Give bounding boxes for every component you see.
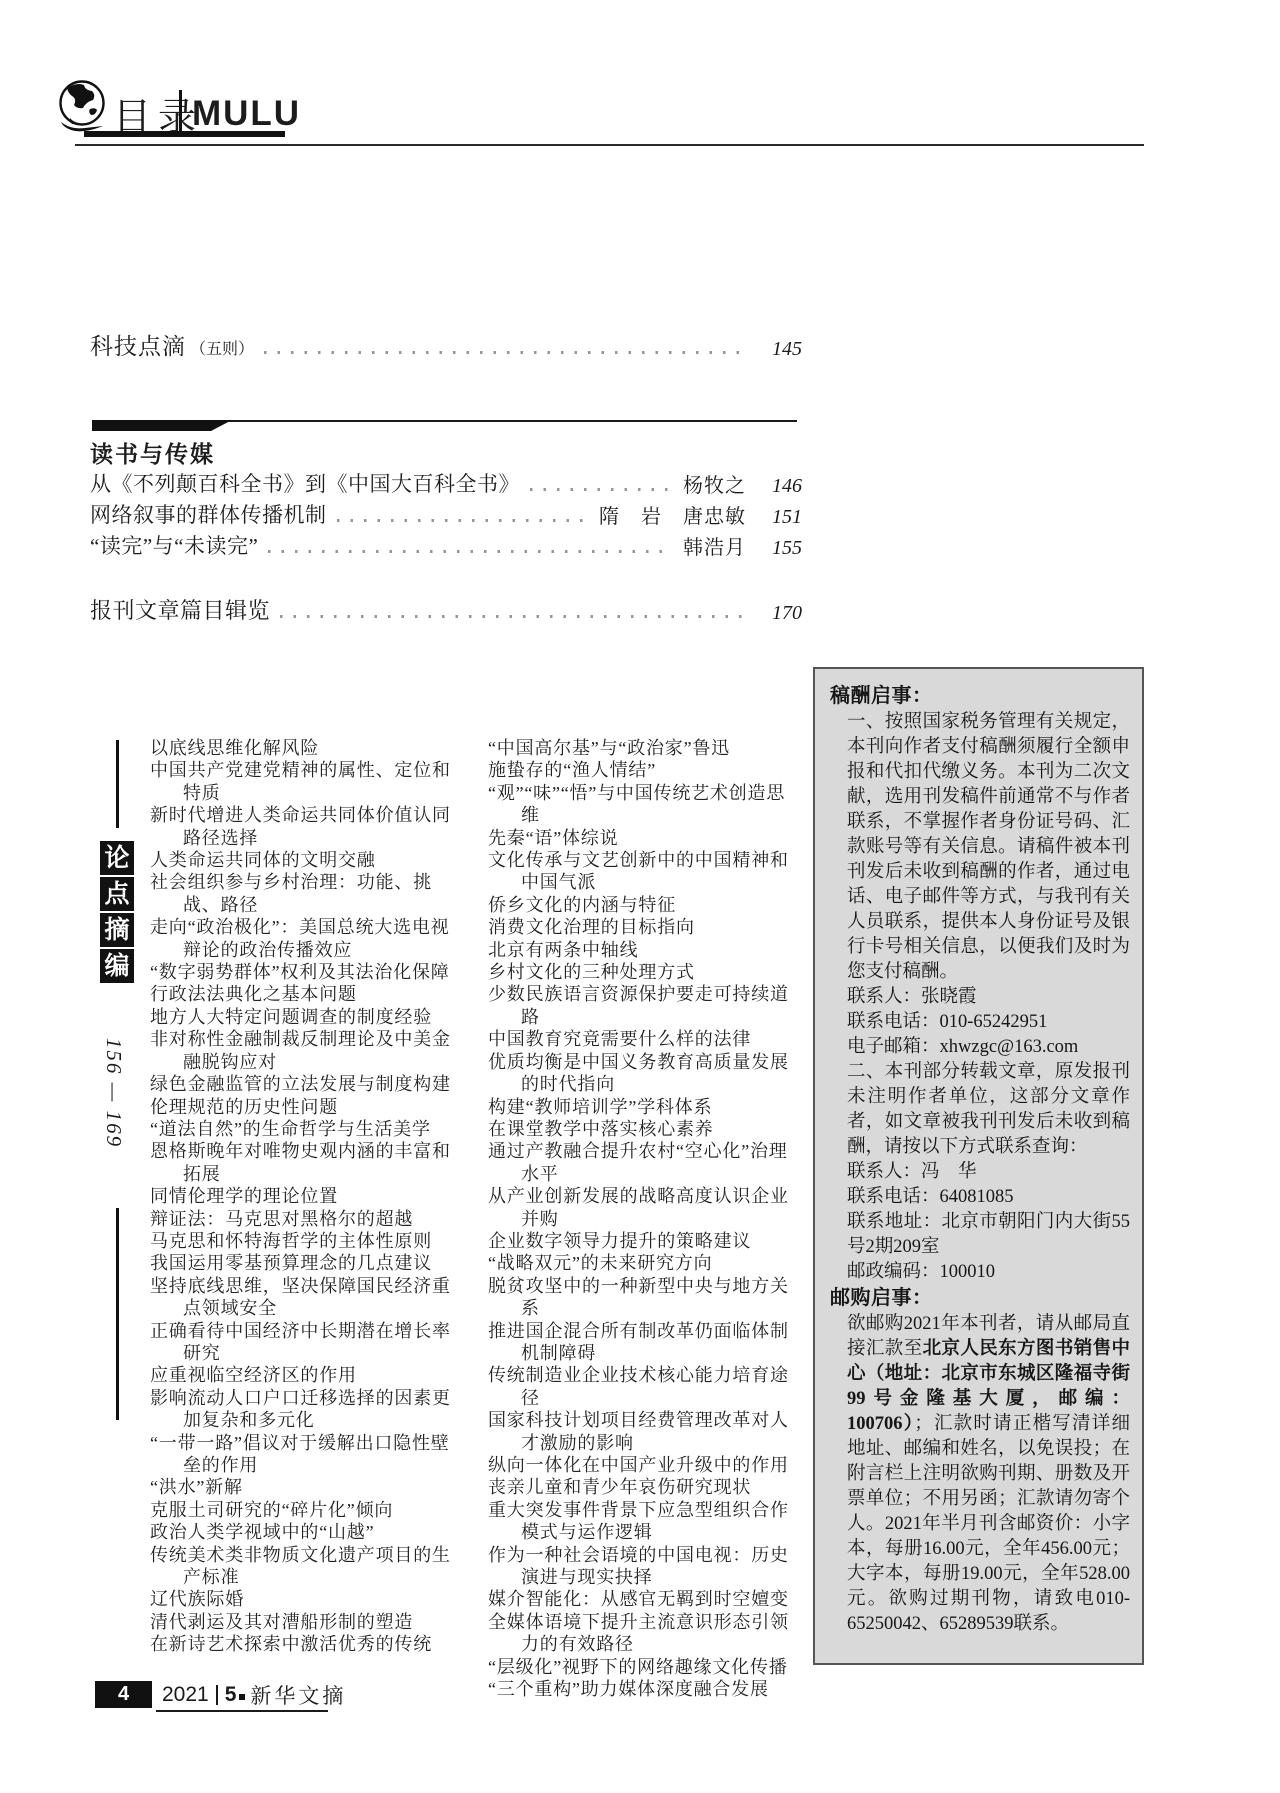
toc-row: 网络叙事的群体传播机制 隋 岩 唐忠敏 151	[90, 499, 802, 529]
contact1-tel: 联系电话：010-65242951	[847, 1010, 1130, 1035]
list-item: 中国教育究竟需要什么样的法律	[488, 1028, 802, 1050]
contact2-tel: 联系电话：64081085	[847, 1185, 1130, 1210]
sidebar-badge: 摘	[100, 913, 134, 947]
page-number: 170	[760, 602, 802, 625]
list-item: 企业数字领导力提升的策略建议	[488, 1230, 802, 1252]
dotted-leader	[280, 615, 750, 618]
toc-title: 报刊文章篇目辑览	[90, 594, 270, 625]
issue-separator-square	[239, 1694, 245, 1700]
toc-authors: 韩浩月	[683, 531, 746, 560]
list-item: “层级化”视野下的网络趣缘文化传播	[488, 1656, 802, 1678]
list-item: 在新诗艺术探索中激活优秀的传统	[150, 1633, 464, 1655]
dotted-leader	[264, 351, 750, 354]
list-item: 正确看待中国经济中长期潜在增长率研究	[150, 1320, 464, 1365]
header-rule	[75, 144, 1144, 146]
list-item: “一带一路”倡议对于缓解出口隐性壁垒的作用	[150, 1432, 464, 1477]
mail-order-title: 邮购启事：	[830, 1285, 1130, 1312]
list-item: 社会组织参与乡村治理：功能、挑战、路径	[150, 871, 464, 916]
toc-row: 从《不列颠百科全书》到《中国大百科全书》 杨牧之 146	[90, 468, 802, 498]
sidebar-top-line	[116, 740, 119, 828]
list-item: 以底线思维化解风险	[150, 737, 464, 759]
list-item: 脱贫攻坚中的一种新型中央与地方关系	[488, 1275, 802, 1320]
footer-divider	[216, 1685, 218, 1705]
dotted-leader	[337, 519, 590, 522]
list-item: 传统制造业企业技术核心能力培育途径	[488, 1364, 802, 1409]
list-item: “中国高尔基”与“政治家”鲁迅	[488, 737, 802, 759]
list-item: 影响流动人口户口迁移选择的因素更加复杂和多元化	[150, 1387, 464, 1432]
list-item: 侨乡文化的内涵与特征	[488, 894, 802, 916]
mail-order-text: ；汇款时请正楷写清详细地址、邮编和姓名，以免误投；在附言栏上注明欲购刊期、册数及…	[847, 1414, 1130, 1634]
list-item: 人类命运共同体的文明交融	[150, 849, 464, 871]
sidebar-bottom-line	[116, 1208, 119, 1420]
header-divider	[179, 90, 182, 136]
footer-magazine-name: 新华文摘	[250, 1680, 346, 1710]
header-title-en: MULU	[192, 94, 301, 134]
list-item: 辩证法：马克思对黑格尔的超越	[150, 1208, 464, 1230]
toc-row: “读完”与“未读完” 韩浩月 155	[90, 530, 802, 560]
toc-title: 从《不列颠百科全书》到《中国大百科全书》	[90, 468, 520, 498]
list-item: “数字弱势群体”权利及其法治化保障	[150, 961, 464, 983]
toc-authors: 杨牧之	[683, 469, 746, 498]
list-item: 清代剥运及其对漕船形制的塑造	[150, 1611, 464, 1633]
footer-issue: 5	[225, 1683, 237, 1707]
magazine-toc-page: 目录 MULU 科技点滴 （五则） 145 读书与传媒 从《不列颠百科全书》到《…	[0, 0, 1280, 1793]
contact1-email: 电子邮箱：xhwzgc@163.com	[847, 1035, 1130, 1060]
list-item: 丧亲儿童和青少年哀伤研究现状	[488, 1476, 802, 1498]
fee-paragraph-2: 二、本刊部分转载文章，原发报刊未注明作者单位，这部分文章作者，如文章被我刊刊发后…	[847, 1060, 1130, 1160]
list-item: 非对称性金融制裁反制理论及中美金融脱钩应对	[150, 1028, 464, 1073]
list-item: 恩格斯晚年对唯物史观内涵的丰富和拓展	[150, 1140, 464, 1185]
fee-paragraph-1: 一、按照国家税务管理有关规定，本刊向作者支付稿酬须履行全额申报和代扣代缴义务。本…	[847, 710, 1130, 985]
toc-row-digest: 报刊文章篇目辑览 170	[90, 594, 802, 625]
page-number: 155	[760, 537, 802, 560]
page-number: 145	[760, 338, 802, 361]
sidebar-page-range: 156 — 169	[100, 983, 126, 1203]
list-item: 马克思和怀特海哲学的主体性原则	[150, 1230, 464, 1252]
mail-order-body: 欲邮购2021年本刊者，请从邮局直接汇款至北京人民东方图书销售中心（地址：北京市…	[847, 1312, 1130, 1637]
list-item: 伦理规范的历史性问题	[150, 1096, 464, 1118]
list-item: 从产业创新发展的战略高度认识企业并购	[488, 1185, 802, 1230]
list-item: 全媒体语境下提升主流意识形态引领力的有效路径	[488, 1611, 802, 1656]
list-item: 媒介智能化：从感官无羁到时空嬗变	[488, 1588, 802, 1610]
section-wedge	[92, 420, 232, 431]
list-item: 消费文化治理的目标指向	[488, 916, 802, 938]
list-item: 推进国企混合所有制改革仍面临体制机制障碍	[488, 1320, 802, 1365]
list-item: 在课堂教学中落实核心素养	[488, 1118, 802, 1140]
list-item: 克服土司研究的“碎片化”倾向	[150, 1499, 464, 1521]
footer-underline	[156, 1710, 328, 1712]
contact2-addr: 联系地址：北京市朝阳门内大街55号2期209室	[847, 1210, 1130, 1260]
sidebar-badges: 论点摘编	[100, 841, 134, 985]
list-item: 同情伦理学的理论位置	[150, 1185, 464, 1207]
list-item: 绿色金融监管的立法发展与制度构建	[150, 1073, 464, 1095]
toc-row-tech: 科技点滴 （五则） 145	[90, 328, 802, 361]
list-item: 应重视临空经济区的作用	[150, 1364, 464, 1386]
column-2: “中国高尔基”与“政治家”鲁迅施蛰存的“渔人情结”“观”“味”“悟”与中国传统艺…	[488, 737, 802, 1700]
contact2-zip: 邮政编码：100010	[847, 1260, 1130, 1285]
footer: 2021 5 新华文摘	[162, 1681, 346, 1708]
sidebar-badge: 点	[100, 877, 134, 911]
list-item: 纵向一体化在中国产业升级中的作用	[488, 1454, 802, 1476]
list-item: 国家科技计划项目经费管理改革对人才激励的影响	[488, 1409, 802, 1454]
list-item: 我国运用零基预算理念的几点建议	[150, 1252, 464, 1274]
list-item: 少数民族语言资源保护要走可持续道路	[488, 983, 802, 1028]
list-item: “战略双元”的未来研究方向	[488, 1252, 802, 1274]
list-item: “洪水”新解	[150, 1476, 464, 1498]
list-item: 行政法法典化之基本问题	[150, 983, 464, 1005]
list-item: 中国共产党建党精神的属性、定位和特质	[150, 759, 464, 804]
fee-notice-title: 稿酬启事：	[830, 683, 1130, 710]
list-item: 作为一种社会语境的中国电视：历史演进与现实抉择	[488, 1544, 802, 1589]
footer-page-box: 4	[95, 1681, 152, 1708]
toc-subtitle: （五则）	[190, 336, 254, 361]
list-item: 地方人大特定问题调查的制度经验	[150, 1006, 464, 1028]
header-underline	[84, 131, 285, 137]
list-item: 新时代增进人类命运共同体价值认同路径选择	[150, 804, 464, 849]
column-1: 以底线思维化解风险中国共产党建党精神的属性、定位和特质新时代增进人类命运共同体价…	[150, 737, 464, 1656]
toc-authors: 隋 岩 唐忠敏	[599, 500, 746, 529]
list-item: 文化传承与文艺创新中的中国精神和中国气派	[488, 849, 802, 894]
list-item: 北京有两条中轴线	[488, 939, 802, 961]
list-item: “道法自然”的生命哲学与生活美学	[150, 1118, 464, 1140]
toc-title: 网络叙事的群体传播机制	[90, 499, 327, 529]
toc-title: “读完”与“未读完”	[90, 530, 258, 560]
contact1-name: 联系人：张晓霞	[847, 985, 1130, 1010]
dotted-leader	[530, 488, 673, 491]
toc-title: 科技点滴	[90, 328, 186, 361]
sidebar-badge: 编	[100, 949, 134, 983]
list-item: 通过产教融合提升农村“空心化”治理水平	[488, 1140, 802, 1185]
footer-year: 2021	[162, 1683, 209, 1707]
list-item: 先秦“语”体综说	[488, 827, 802, 849]
list-item: 走向“政治极化”：美国总统大选电视辩论的政治传播效应	[150, 916, 464, 961]
fee-notice-body: 一、按照国家税务管理有关规定，本刊向作者支付稿酬须履行全额申报和代扣代缴义务。本…	[847, 710, 1130, 1285]
list-item: 乡村文化的三种处理方式	[488, 961, 802, 983]
sidebar-badge: 论	[100, 841, 134, 875]
list-item: “观”“味”“悟”与中国传统艺术创造思维	[488, 782, 802, 827]
contact2-name: 联系人：冯 华	[847, 1160, 1130, 1185]
dotted-leader	[268, 550, 673, 553]
list-item: 坚持底线思维，坚决保障国民经济重点领域安全	[150, 1275, 464, 1320]
list-item: 构建“教师培训学”学科体系	[488, 1096, 802, 1118]
notice-panel: 稿酬启事： 一、按照国家税务管理有关规定，本刊向作者支付稿酬须履行全额申报和代扣…	[813, 667, 1144, 1665]
list-item: 施蛰存的“渔人情结”	[488, 759, 802, 781]
page-number: 151	[760, 506, 802, 529]
section-title: 读书与传媒	[90, 436, 215, 469]
list-item: 优质均衡是中国义务教育高质量发展的时代指向	[488, 1051, 802, 1096]
list-item: 政治人类学视域中的“山越”	[150, 1521, 464, 1543]
list-item: 辽代族际婚	[150, 1588, 464, 1610]
list-item: 重大突发事件背景下应急型组织合作模式与运作逻辑	[488, 1499, 802, 1544]
page-number: 146	[760, 475, 802, 498]
globe-logo-icon	[56, 78, 108, 139]
list-item: “三个重构”助力媒体深度融合发展	[488, 1678, 802, 1700]
mail-order-paragraph: 欲邮购2021年本刊者，请从邮局直接汇款至北京人民东方图书销售中心（地址：北京市…	[847, 1312, 1130, 1637]
list-item: 传统美术类非物质文化遗产项目的生产标准	[150, 1544, 464, 1589]
